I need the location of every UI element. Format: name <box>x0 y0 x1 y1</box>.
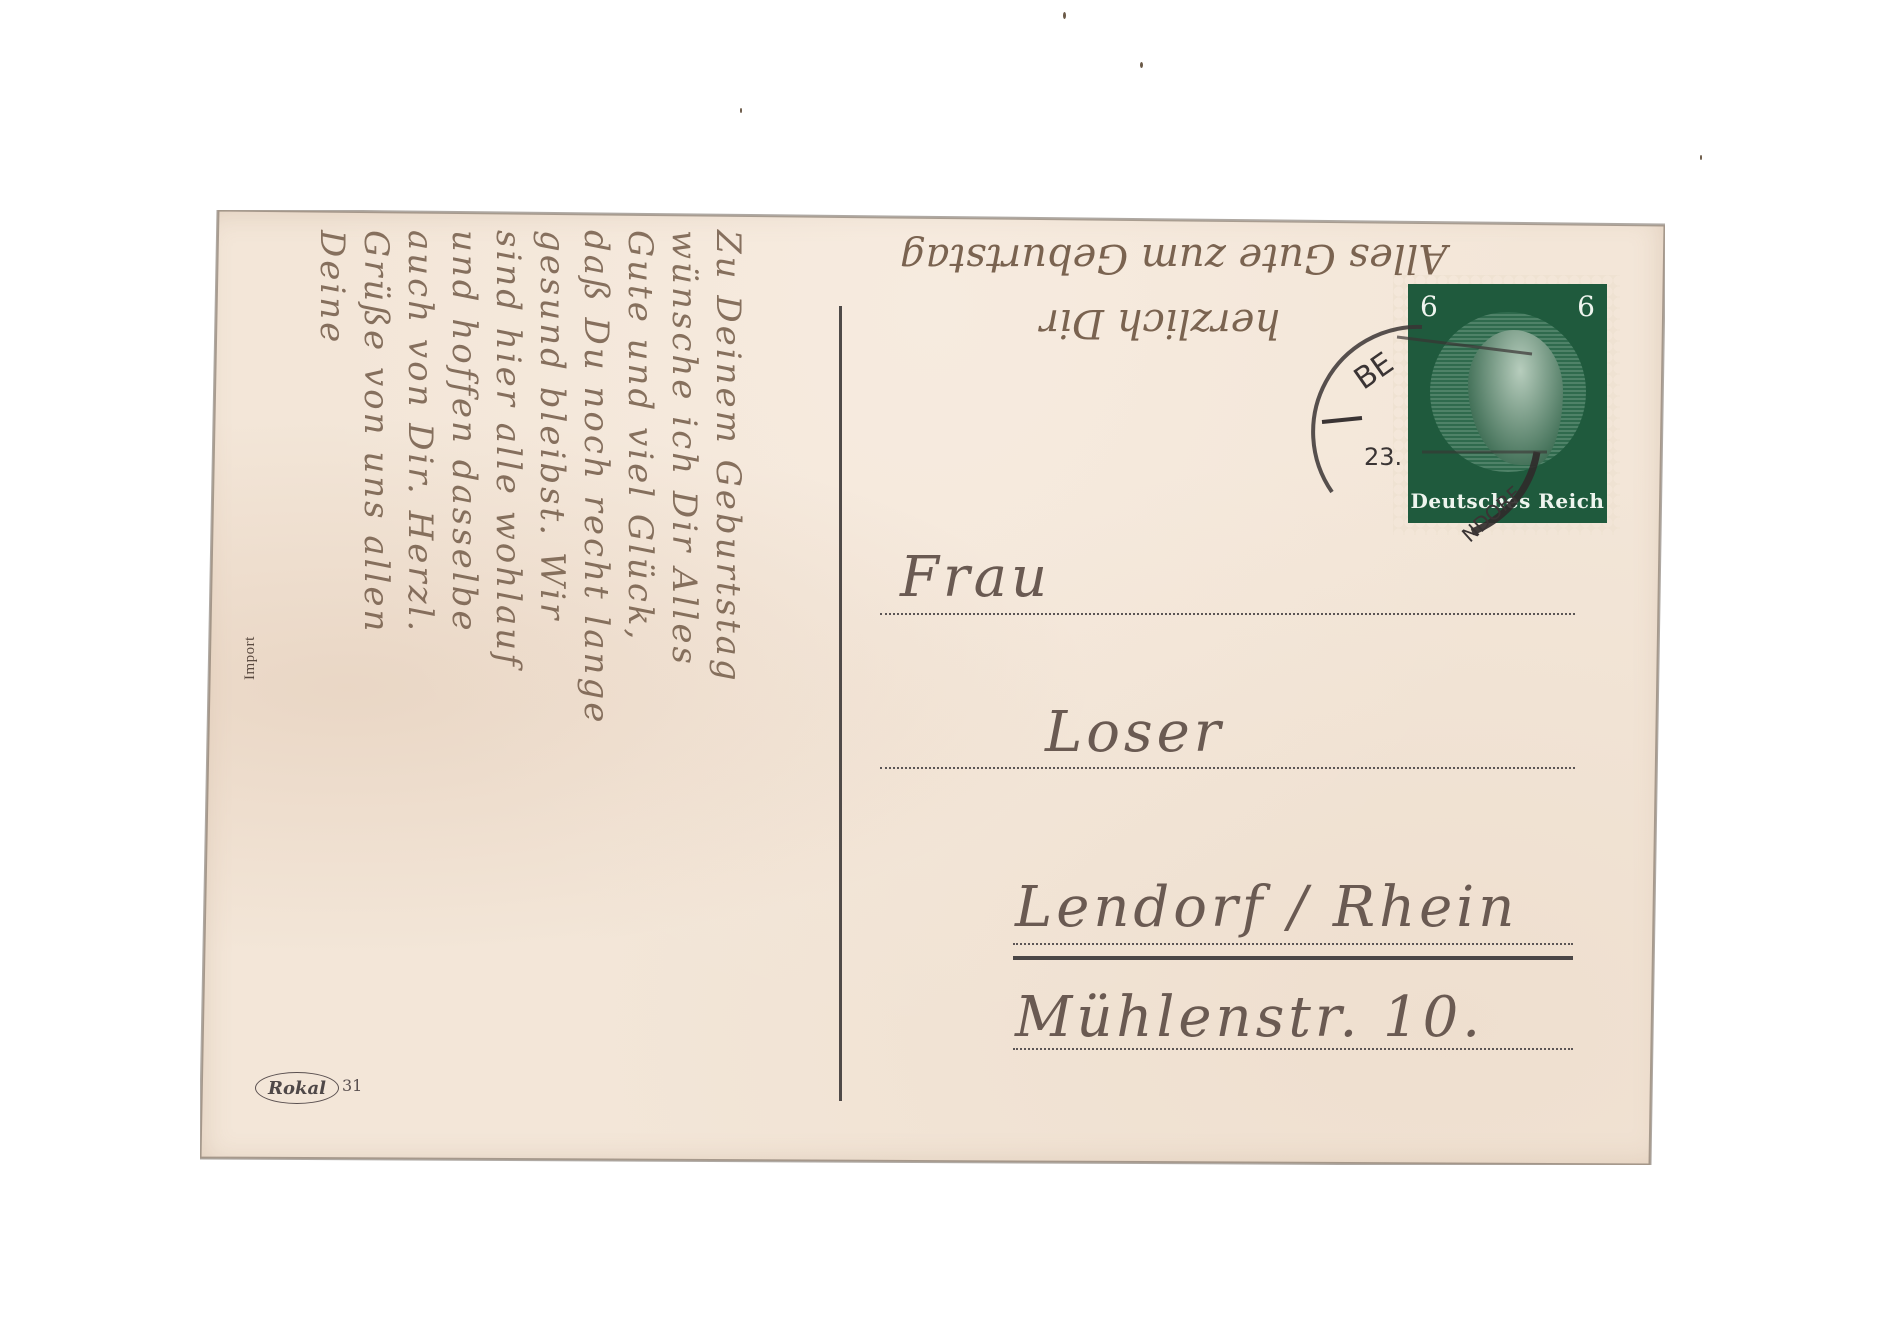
publisher-logo-text: Rokal <box>268 1078 326 1099</box>
message-line: sind hier alle wohlauf <box>488 230 528 669</box>
import-label: Import <box>242 636 259 680</box>
portrait-medallion <box>1430 312 1586 472</box>
message-line: Zu Deinem Geburtstag <box>708 230 748 684</box>
dust-speck <box>740 108 742 113</box>
message-line: auch von Dir. Herzl. <box>400 230 440 634</box>
publisher-logo: Rokal <box>255 1072 339 1104</box>
postage-stamp: 6 6 Deutsches Reich <box>1408 284 1607 523</box>
address-dotted-line <box>880 613 1575 615</box>
address-line-2: Loser <box>1045 700 1225 765</box>
address-dotted-line <box>1013 1048 1573 1050</box>
message-line: Grüße von uns allen <box>356 230 396 634</box>
stamp-value-right: 6 <box>1577 290 1595 323</box>
center-divider-line <box>839 306 842 1101</box>
publisher-number: 31 <box>342 1076 362 1095</box>
dust-speck <box>1700 155 1702 160</box>
stamp-country-label: Deutsches Reich <box>1408 489 1607 513</box>
message-line: gesund bleibst. Wir <box>532 230 572 622</box>
address-underline <box>1013 956 1573 960</box>
postcard: Zu Deinem Geburtstag wünsche ich Dir All… <box>200 210 1665 1165</box>
address-line-1: Frau <box>900 545 1051 610</box>
message-line: daß Du noch recht lange <box>576 230 616 725</box>
message-line: Deine <box>312 230 352 345</box>
address-line-3: Lendorf / Rhein <box>1015 875 1518 940</box>
upside-down-greeting: herzlich Dir <box>1040 300 1280 346</box>
address-dotted-line <box>880 767 1575 769</box>
dust-speck <box>1140 62 1143 68</box>
upside-down-greeting: Alles Gute zum Geburtstag <box>900 235 1447 281</box>
message-line: und hoffen dasselbe <box>444 230 484 634</box>
address-dotted-line <box>1013 943 1573 945</box>
stamp-value-left: 6 <box>1420 290 1438 323</box>
dust-speck <box>1063 12 1066 19</box>
message-line: Gute und viel Glück, <box>620 230 660 642</box>
address-line-4: Mühlenstr. 10. <box>1015 985 1484 1050</box>
message-line: wünsche ich Dir Alles <box>664 230 704 667</box>
portrait-head-icon <box>1468 330 1563 465</box>
